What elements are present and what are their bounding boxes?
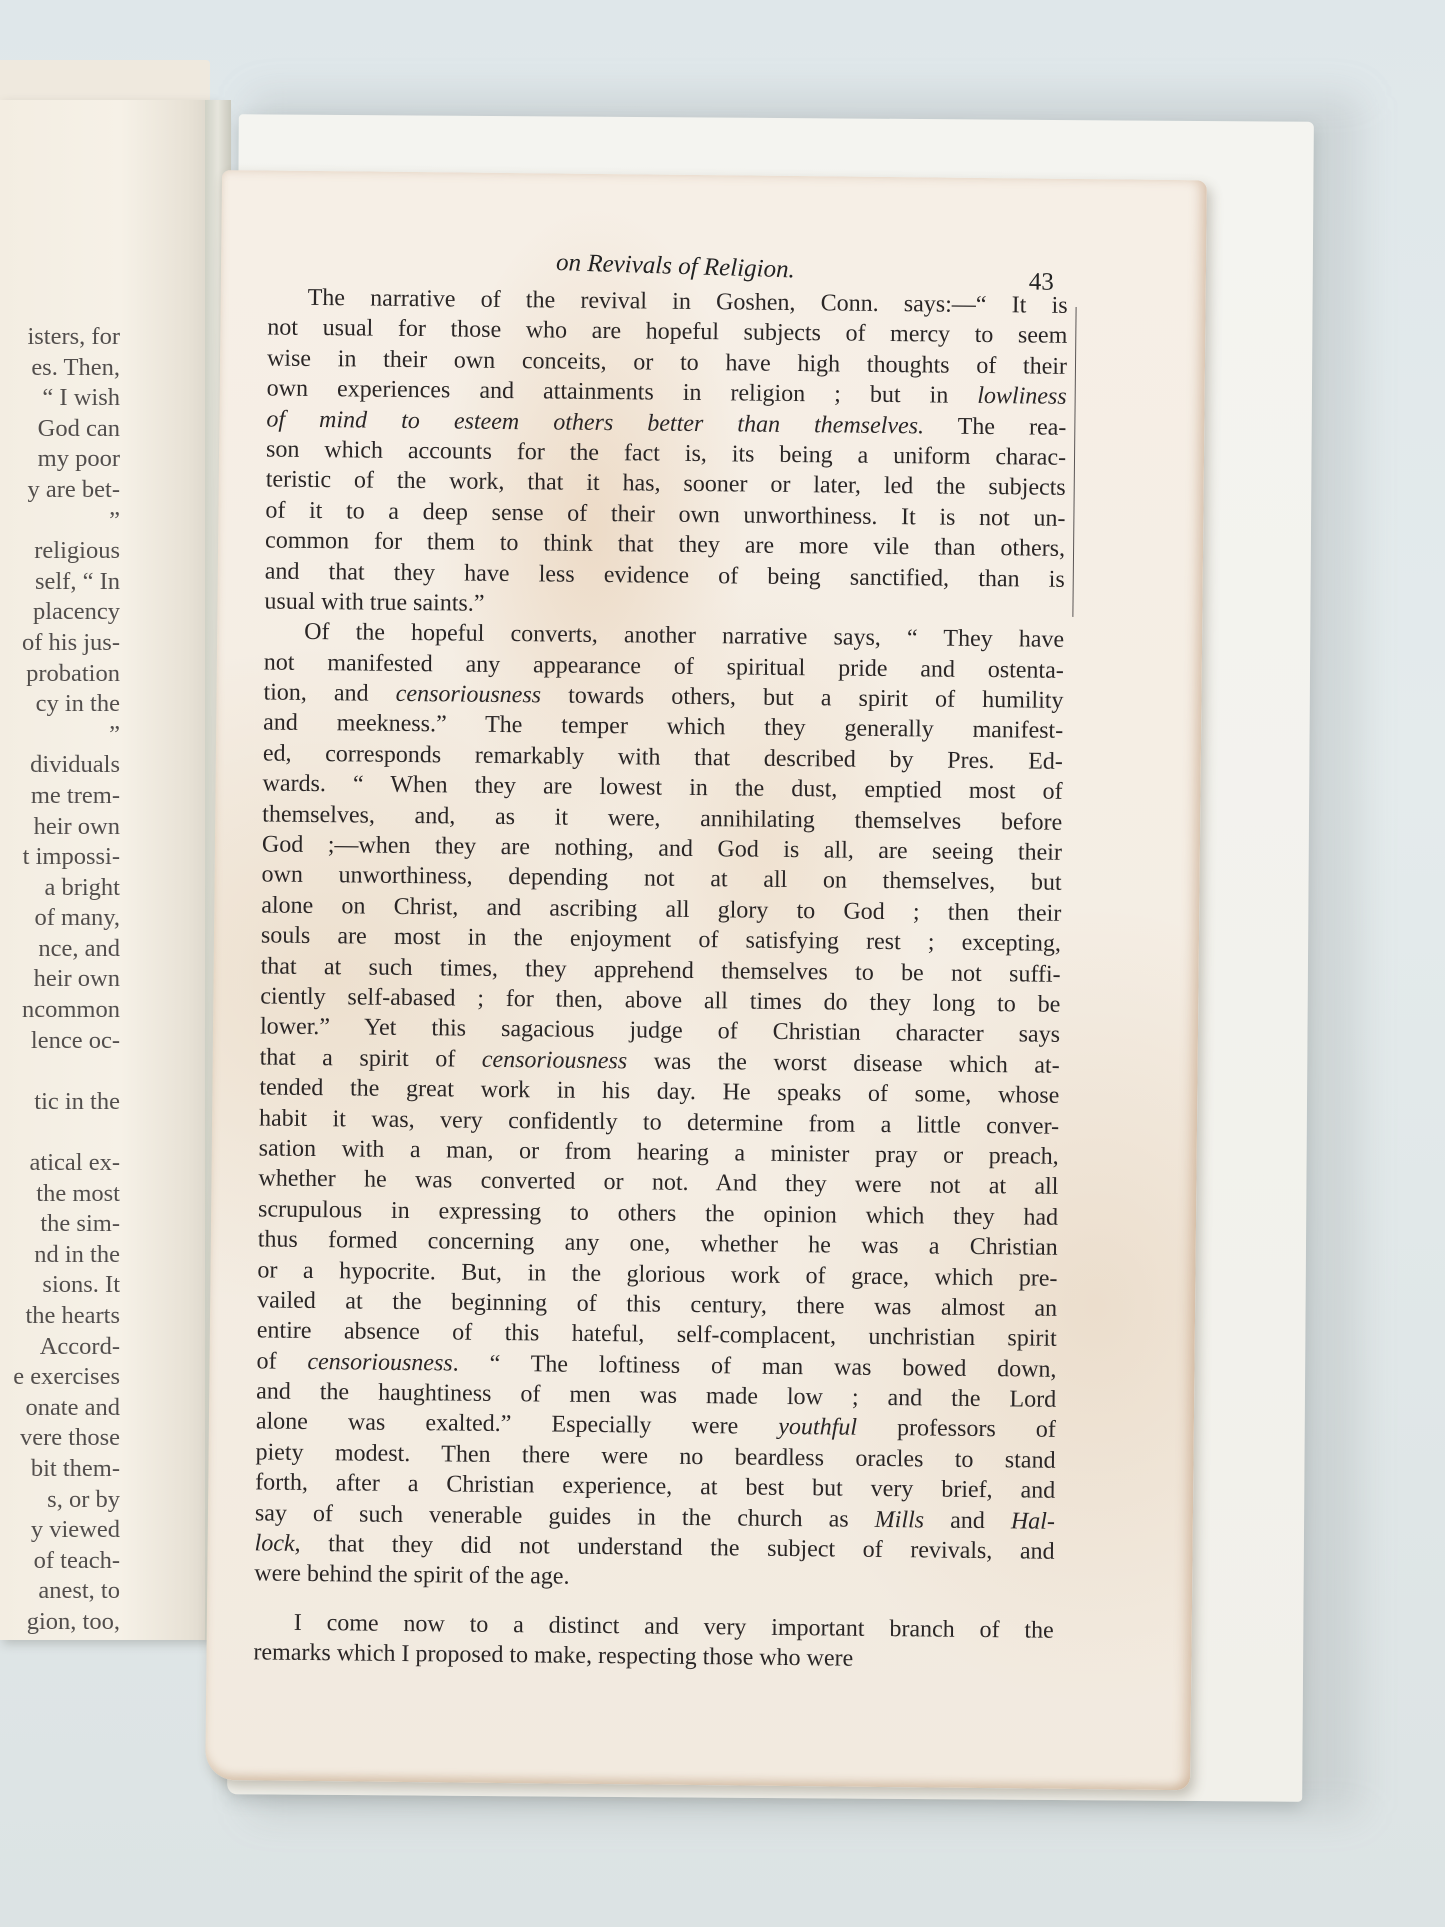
italic-emphasis: lock <box>254 1530 294 1556</box>
italic-emphasis: censoriousness <box>482 1047 628 1075</box>
left-page-line: lence oc- <box>0 1026 120 1057</box>
left-page-line: God can <box>0 414 120 445</box>
italic-emphasis: censoriousness <box>307 1349 453 1377</box>
italic-emphasis: of mind to esteem others better than the… <box>266 406 924 439</box>
body-text: The narrative of the revival in Goshen, … <box>253 282 1067 1676</box>
left-page-line: the sim- <box>0 1209 120 1240</box>
left-page-line: dividuals <box>0 750 120 781</box>
left-page-line: of teach- <box>0 1546 120 1577</box>
left-page-line: nd in the <box>0 1240 120 1271</box>
left-page-line <box>0 1117 120 1148</box>
left-page-line: placency <box>0 597 120 628</box>
paragraph-hopeful-converts: Of the hopeful converts, another narrati… <box>254 617 1064 1598</box>
left-page-line: heir own <box>0 812 120 843</box>
italic-emphasis: lowliness <box>977 383 1067 410</box>
left-page-line: onate and <box>0 1393 120 1424</box>
left-page-line: nce, and <box>0 934 120 965</box>
left-page-line: “ I wish <box>0 383 120 414</box>
italic-emphasis: Mills <box>875 1507 925 1534</box>
left-page-line: anest, to <box>0 1576 120 1607</box>
right-page: on Revivals of Religion. 43 The narrativ… <box>205 170 1207 1790</box>
left-page-text-fragments: isters, fores. Then,“ I wishGod canmy po… <box>0 322 120 1640</box>
running-head: on Revivals of Religion. <box>556 249 796 284</box>
left-page-line: the most <box>0 1179 120 1210</box>
left-page-line: s, or by <box>0 1485 120 1516</box>
left-page-line: tic in the <box>0 1087 120 1118</box>
italic-emphasis: youthful <box>778 1414 857 1441</box>
paragraph-goshen-narrative: The narrative of the revival in Goshen, … <box>264 282 1067 625</box>
italic-emphasis: censoriousness <box>396 681 542 709</box>
left-page-line: t impossi- <box>0 842 120 873</box>
left-page-line: y are bet- <box>0 475 120 506</box>
left-page-line: of his jus- <box>0 628 120 659</box>
left-page-line: heir own <box>0 964 120 995</box>
left-page-line: of many, <box>0 903 120 934</box>
left-page: isters, fores. Then,“ I wishGod canmy po… <box>0 100 220 1640</box>
left-page-line: me trem- <box>0 781 120 812</box>
left-page-line: ncommon <box>0 995 120 1026</box>
left-page-line: probation <box>0 659 120 690</box>
left-page-line: self, “ In <box>0 567 120 598</box>
paragraph-distinct-branch: I come now to a distinct and very import… <box>253 1607 1054 1676</box>
left-page-line: ” <box>0 506 120 537</box>
left-page-line: e exercises <box>0 1362 120 1393</box>
margin-pencil-line <box>1072 307 1076 617</box>
left-page-line: vere those <box>0 1423 120 1454</box>
left-page-line: Accord- <box>0 1332 120 1363</box>
left-page-line: the hearts <box>0 1301 120 1332</box>
left-page-line: ” <box>0 720 120 751</box>
left-page-line: my poor <box>0 444 120 475</box>
left-page-line: y viewed <box>0 1515 120 1546</box>
left-page-line: bit them- <box>0 1454 120 1485</box>
left-page-line: es. Then, <box>0 353 120 384</box>
left-page-line: religious <box>0 536 120 567</box>
italic-emphasis: Hal- <box>1011 1508 1055 1534</box>
left-page-line: lies and <box>0 1638 120 1640</box>
left-page-line <box>0 1056 120 1087</box>
left-page-line: isters, for <box>0 322 120 353</box>
left-page-line: a bright <box>0 873 120 904</box>
left-page-line: gion, too, <box>0 1607 120 1638</box>
left-page-line: sions. It <box>0 1270 120 1301</box>
left-page-line: cy in the <box>0 689 120 720</box>
left-page-line: atical ex- <box>0 1148 120 1179</box>
